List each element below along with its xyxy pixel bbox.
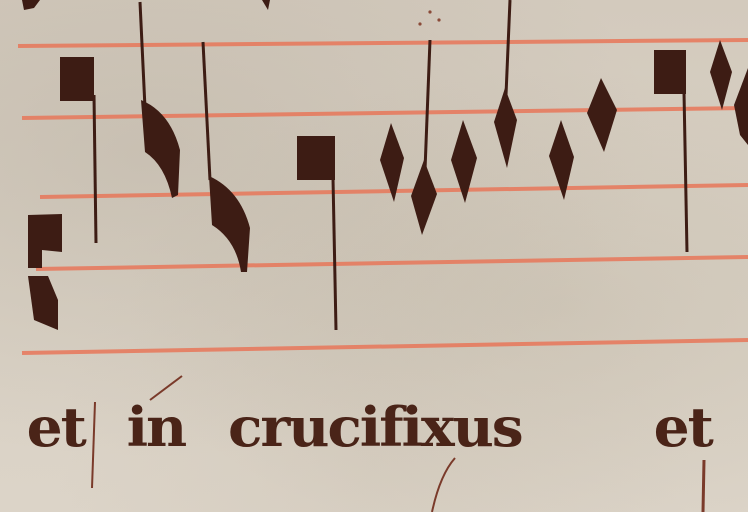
lyric-word: crucifixus xyxy=(228,395,522,459)
square-note xyxy=(297,136,335,180)
lyric-word: et xyxy=(654,395,712,459)
plica-note xyxy=(209,176,250,272)
note-fragment xyxy=(262,0,270,10)
lozenge-note xyxy=(494,88,517,168)
lozenge-note xyxy=(587,78,617,152)
note-stem xyxy=(425,40,430,170)
lozenge-note xyxy=(710,40,732,110)
note-fragment xyxy=(22,0,40,10)
note-stem xyxy=(333,178,336,330)
lyrics-line: et in crucifixus et xyxy=(0,385,748,512)
manuscript-page: et in crucifixus et xyxy=(0,0,748,512)
staff-line xyxy=(18,40,748,46)
neumes xyxy=(22,0,748,330)
staff-lines xyxy=(18,40,748,353)
note-stem xyxy=(94,95,96,243)
dot-ornament xyxy=(418,10,440,25)
lyric-word: in xyxy=(127,395,186,459)
note-stem xyxy=(140,2,145,108)
staff-line xyxy=(22,340,748,353)
staff-line xyxy=(36,257,748,269)
lozenge-note xyxy=(734,68,748,145)
note-stem xyxy=(506,0,510,95)
lyric-word: et xyxy=(27,395,85,459)
square-note xyxy=(654,50,686,94)
lozenge-note xyxy=(411,160,437,235)
note-stem xyxy=(203,42,210,180)
staff-line xyxy=(22,108,748,118)
note-stem xyxy=(684,92,687,252)
c-clef-icon xyxy=(28,214,62,268)
square-note xyxy=(60,57,94,101)
c-clef-icon xyxy=(28,276,58,330)
